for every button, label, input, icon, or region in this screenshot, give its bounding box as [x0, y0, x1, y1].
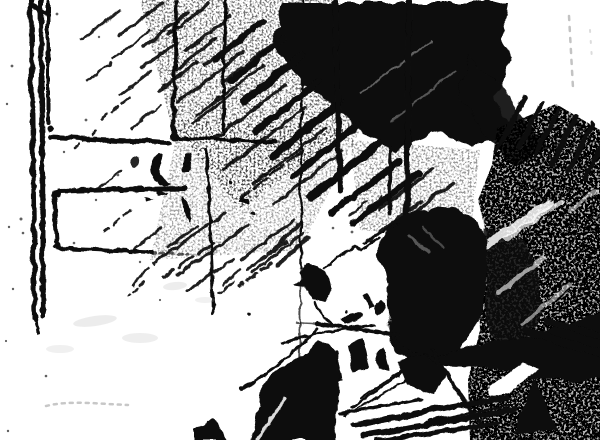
artwork-frame: [0, 0, 600, 440]
jaw-stroke-left: [296, 322, 317, 323]
ink-drawing-canvas: [0, 0, 600, 440]
lip-dot: [344, 309, 347, 312]
